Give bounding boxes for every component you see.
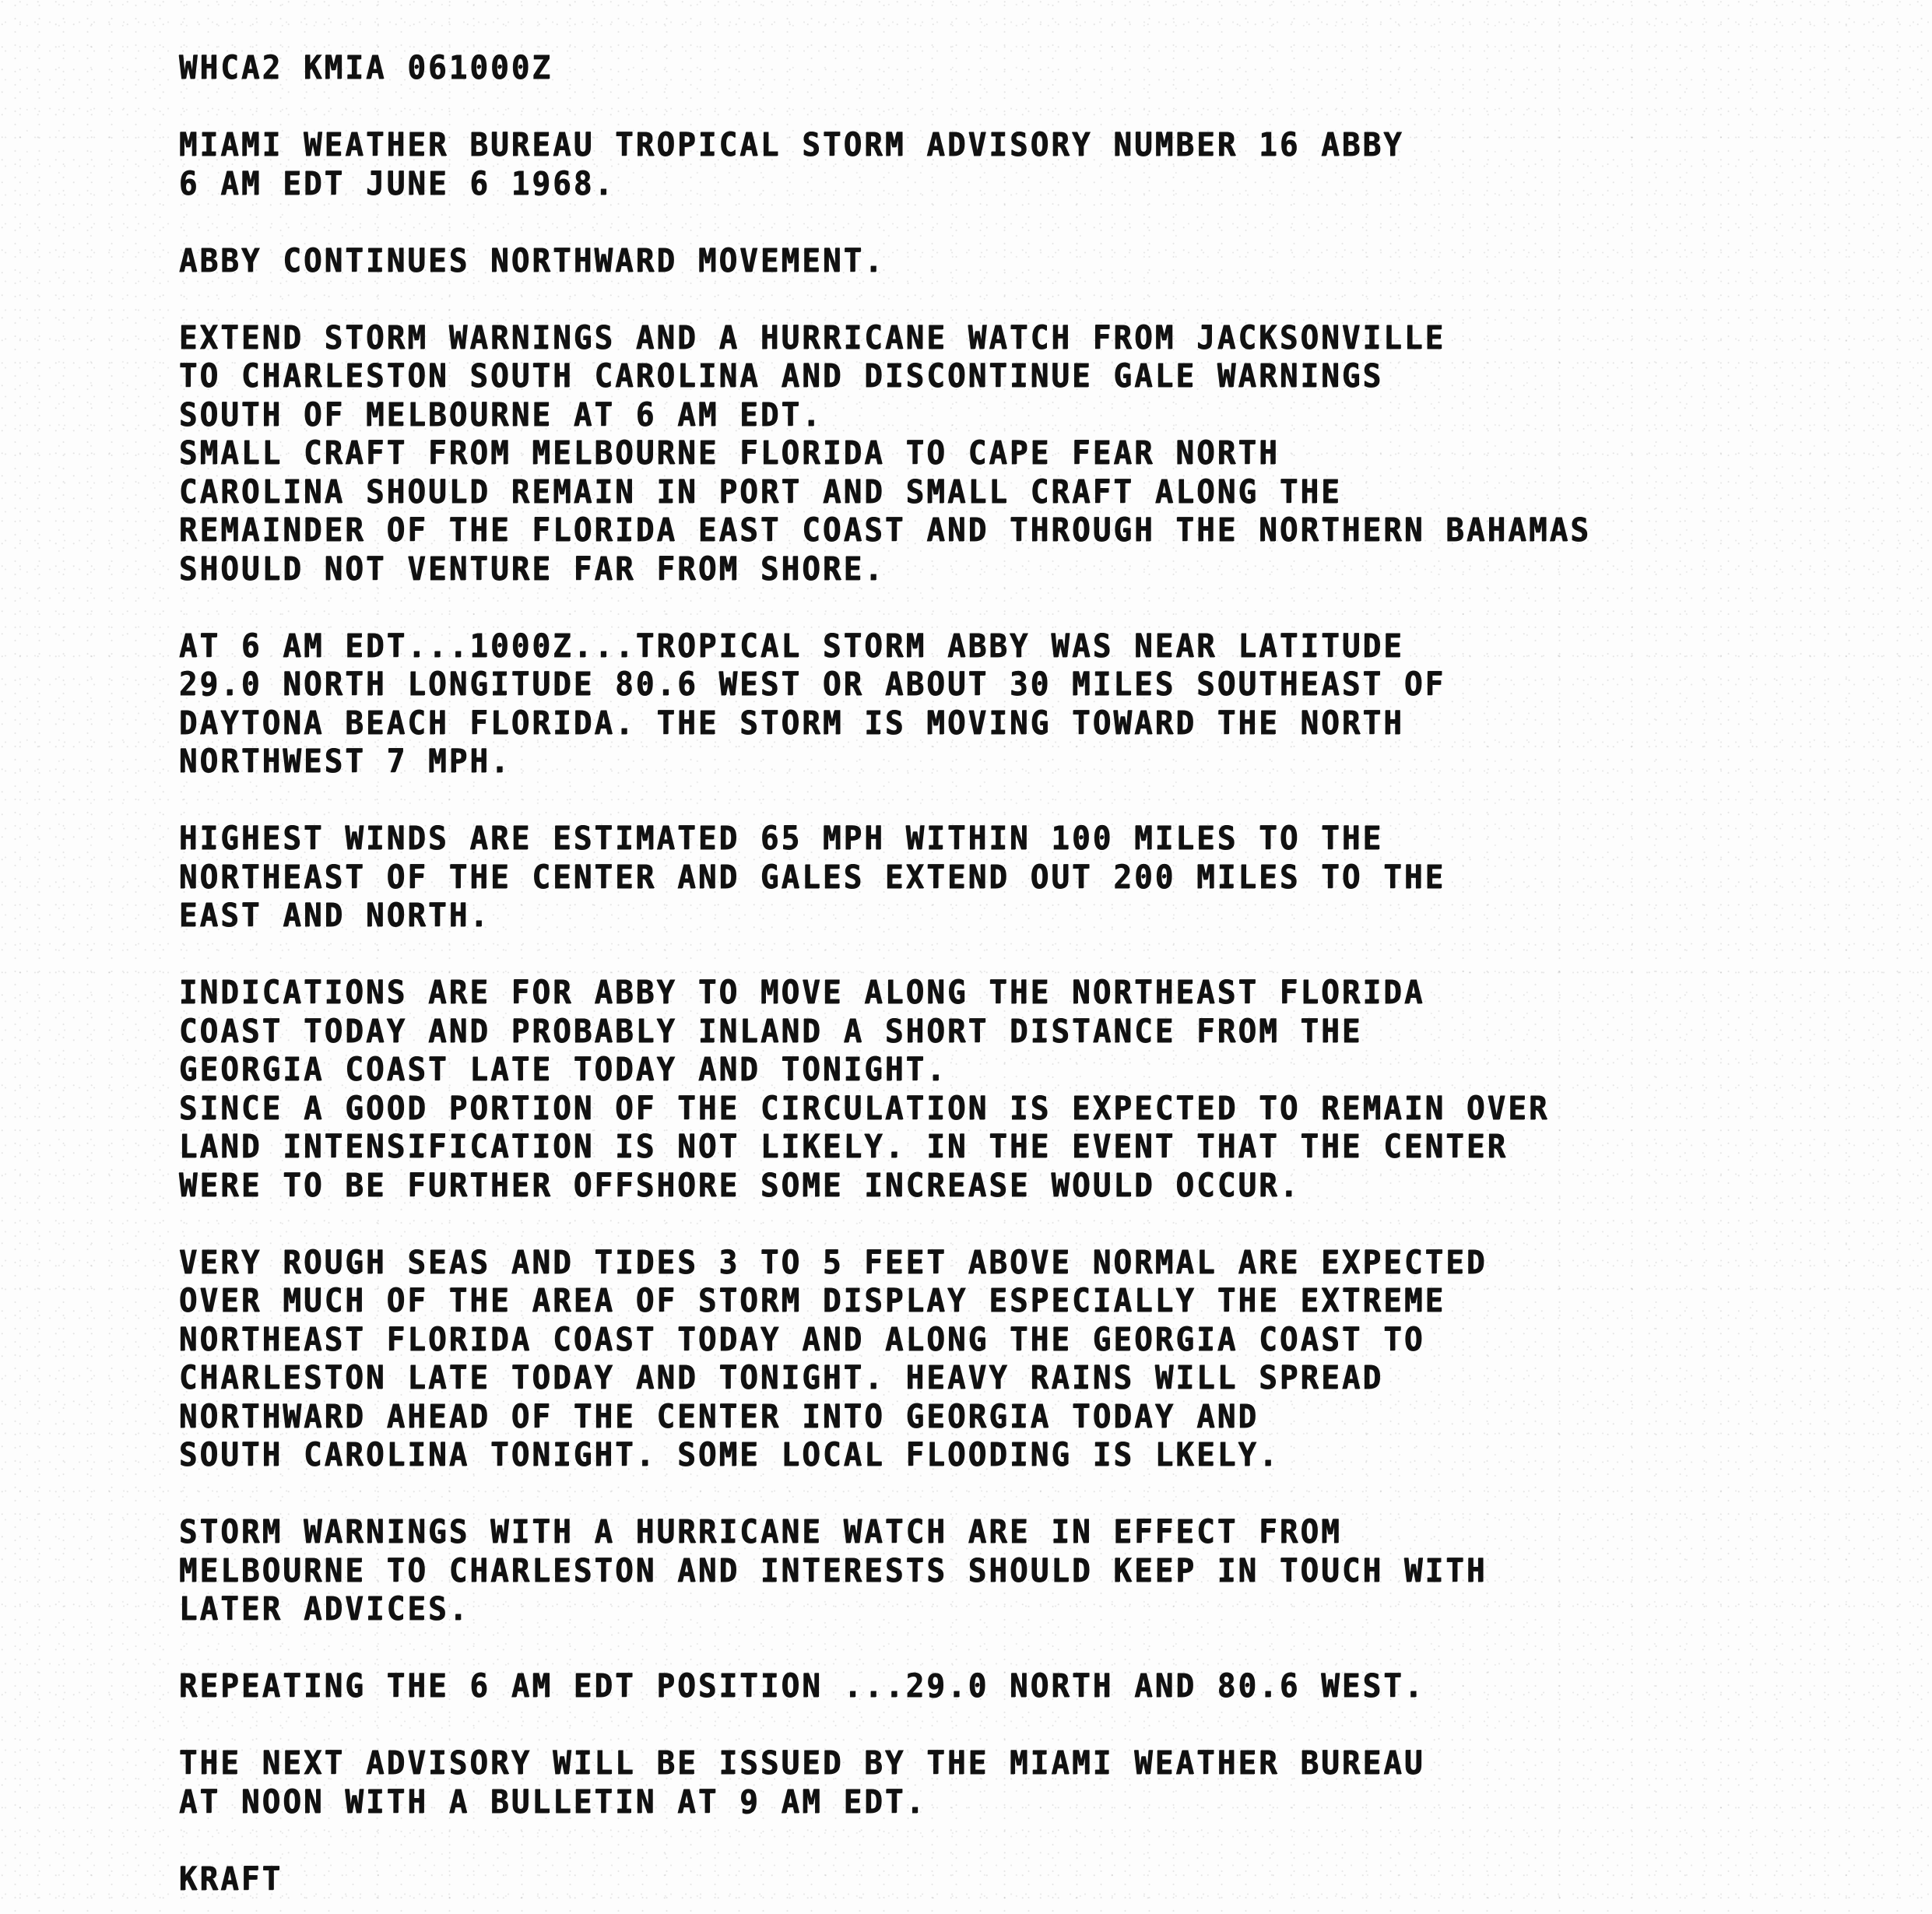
paragraph-line: SMALL CRAFT FROM MELBOURNE FLORIDA TO CA…	[179, 434, 1736, 472]
paragraph-line: SOUTH CAROLINA TONIGHT. SOME LOCAL FLOOD…	[179, 1435, 1736, 1474]
paragraph-line: REMAINDER OF THE FLORIDA EAST COAST AND …	[179, 511, 1736, 550]
spacer	[179, 1204, 1736, 1243]
advisory-paragraph: STORM WARNINGS WITH A HURRICANE WATCH AR…	[179, 1512, 1736, 1628]
paragraph-line: OVER MUCH OF THE AREA OF STORM DISPLAY E…	[179, 1281, 1736, 1320]
paragraph-line: AT 6 AM EDT...1000Z...TROPICAL STORM ABB…	[179, 627, 1736, 666]
paragraph-line: NORTHEAST OF THE CENTER AND GALES EXTEND…	[179, 858, 1736, 897]
paragraph-line: NORTHWARD AHEAD OF THE CENTER INTO GEORG…	[179, 1397, 1736, 1436]
advisory-body: EXTEND STORM WARNINGS AND A HURRICANE WA…	[179, 318, 1736, 1860]
paragraph-line: AT NOON WITH A BULLETIN AT 9 AM EDT.	[179, 1782, 1736, 1821]
paragraph-line: HIGHEST WINDS ARE ESTIMATED 65 MPH WITHI…	[179, 819, 1736, 858]
paragraph-line: REPEATING THE 6 AM EDT POSITION ...29.0 …	[179, 1666, 1736, 1705]
paragraph-line: EXTEND STORM WARNINGS AND A HURRICANE WA…	[179, 318, 1736, 357]
advisory-paragraph: HIGHEST WINDS ARE ESTIMATED 65 MPH WITHI…	[179, 819, 1736, 935]
advisory-paragraph: INDICATIONS ARE FOR ABBY TO MOVE ALONG T…	[179, 973, 1736, 1204]
teletype-page: WHCA2 KMIA 061000Z MIAMI WEATHER BUREAU …	[0, 0, 1932, 1914]
spacer	[179, 279, 1736, 318]
paragraph-line: COAST TODAY AND PROBABLY INLAND A SHORT …	[179, 1012, 1736, 1051]
spacer	[179, 588, 1736, 627]
paragraph-line: SHOULD NOT VENTURE FAR FROM SHORE.	[179, 550, 1736, 588]
spacer	[179, 935, 1736, 974]
advisory-paragraph: AT 6 AM EDT...1000Z...TROPICAL STORM ABB…	[179, 627, 1736, 781]
advisory-paragraph: REPEATING THE 6 AM EDT POSITION ...29.0 …	[179, 1666, 1736, 1705]
paragraph-line: NORTHEAST FLORIDA COAST TODAY AND ALONG …	[179, 1320, 1736, 1359]
paragraph-line: SINCE A GOOD PORTION OF THE CIRCULATION …	[179, 1089, 1736, 1128]
advisory-paragraph: EXTEND STORM WARNINGS AND A HURRICANE WA…	[179, 318, 1736, 588]
paragraph-line: EAST AND NORTH.	[179, 896, 1736, 935]
spacer	[179, 202, 1736, 241]
paragraph-line: GEORGIA COAST LATE TODAY AND TONIGHT.	[179, 1050, 1736, 1089]
advisory-document: WHCA2 KMIA 061000Z MIAMI WEATHER BUREAU …	[179, 48, 1736, 1898]
paragraph-line: LATER ADVICES.	[179, 1589, 1736, 1628]
paragraph-line: THE NEXT ADVISORY WILL BE ISSUED BY THE …	[179, 1744, 1736, 1782]
paragraph-line: SOUTH OF MELBOURNE AT 6 AM EDT.	[179, 395, 1736, 434]
paragraph-line: STORM WARNINGS WITH A HURRICANE WATCH AR…	[179, 1512, 1736, 1551]
spacer	[179, 1821, 1736, 1860]
paragraph-line: INDICATIONS ARE FOR ABBY TO MOVE ALONG T…	[179, 973, 1736, 1012]
paragraph-line: CHARLESTON LATE TODAY AND TONIGHT. HEAVY…	[179, 1358, 1736, 1397]
paragraph-line: 29.0 NORTH LONGITUDE 80.6 WEST OR ABOUT …	[179, 665, 1736, 704]
spacer	[179, 1705, 1736, 1744]
spacer	[179, 781, 1736, 820]
spacer	[179, 1474, 1736, 1513]
paragraph-line: VERY ROUGH SEAS AND TIDES 3 TO 5 FEET AB…	[179, 1243, 1736, 1282]
signature: KRAFT	[179, 1860, 1736, 1898]
paragraph-line: NORTHWEST 7 MPH.	[179, 742, 1736, 781]
message-header: WHCA2 KMIA 061000Z	[179, 48, 1736, 87]
advisory-paragraph: THE NEXT ADVISORY WILL BE ISSUED BY THE …	[179, 1744, 1736, 1821]
advisory-paragraph: VERY ROUGH SEAS AND TIDES 3 TO 5 FEET AB…	[179, 1243, 1736, 1474]
advisory-headline: ABBY CONTINUES NORTHWARD MOVEMENT.	[179, 241, 1736, 280]
paragraph-line: TO CHARLESTON SOUTH CAROLINA AND DISCONT…	[179, 356, 1736, 395]
paragraph-line: LAND INTENSIFICATION IS NOT LIKELY. IN T…	[179, 1127, 1736, 1166]
advisory-title: MIAMI WEATHER BUREAU TROPICAL STORM ADVI…	[179, 125, 1736, 202]
spacer	[179, 1628, 1736, 1667]
paragraph-line: WERE TO BE FURTHER OFFSHORE SOME INCREAS…	[179, 1166, 1736, 1205]
paragraph-line: DAYTONA BEACH FLORIDA. THE STORM IS MOVI…	[179, 704, 1736, 743]
paragraph-line: MELBOURNE TO CHARLESTON AND INTERESTS SH…	[179, 1551, 1736, 1590]
advisory-title-line: MIAMI WEATHER BUREAU TROPICAL STORM ADVI…	[179, 125, 1736, 164]
paragraph-line: CAROLINA SHOULD REMAIN IN PORT AND SMALL…	[179, 472, 1736, 511]
advisory-date-line: 6 AM EDT JUNE 6 1968.	[179, 164, 1736, 203]
